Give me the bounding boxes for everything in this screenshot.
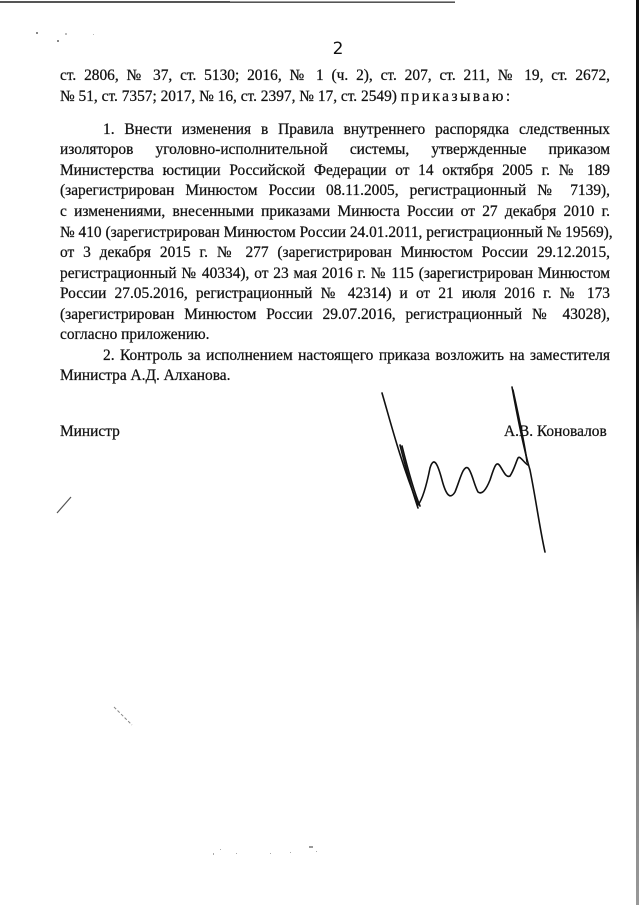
scan-speck: [220, 849, 221, 850]
citation-tail: № 51, ст. 7357; 2017, № 16, ст. 2397, № …: [60, 88, 397, 105]
paragraph-1-line-2: изоляторов уголовно-исполнительной систе…: [60, 140, 610, 160]
scan-speck: [290, 852, 291, 853]
scan-speck: [65, 33, 67, 35]
scan-right-edge: [636, 0, 639, 905]
signer-title: Министр: [60, 423, 120, 441]
header-line-1: ст. 2806, № 37, ст. 5130; 2016, № 1 (ч. …: [60, 66, 610, 86]
scan-speck: [36, 32, 38, 34]
header-line-2: № 51, ст. 7357; 2017, № 16, ст. 2397, № …: [60, 87, 610, 107]
scan-speck: [236, 853, 237, 854]
paragraph-1-line-8: регистрационный № 40334), от 23 мая 2016…: [60, 264, 610, 284]
paragraph-2-line-1: 2. Контроль за исполнением настоящего пр…: [103, 346, 610, 366]
scan-speck: [309, 846, 313, 848]
paragraph-1-line-6: № 410 (зарегистрирован Минюстом России 2…: [60, 223, 610, 243]
paragraph-1-line-10: (зарегистрирован Минюстом России 29.07.2…: [60, 305, 610, 325]
stray-mark: [112, 705, 136, 729]
paragraph-1-line-11: согласно приложению.: [60, 325, 610, 345]
scan-speck: [316, 851, 317, 852]
scan-speck: [213, 853, 214, 855]
scan-speck: [57, 40, 59, 42]
paragraph-1-line-3: Министерства юстиции Российской Федераци…: [60, 161, 610, 181]
scan-speck: [270, 853, 271, 854]
paragraph-1-line-1: 1. Внести изменения в Правила внутреннег…: [103, 120, 610, 140]
stray-mark: [55, 495, 75, 515]
scan-speck: [93, 34, 94, 35]
order-word: приказываю:: [401, 88, 513, 105]
scan-top-edge-light: [230, 1, 455, 2]
page-number: 2: [0, 39, 640, 59]
paragraph-1-line-4: (зарегистрирован Минюстом России 08.11.2…: [60, 181, 610, 201]
paragraph-1-line-7: от 3 декабря 2015 г. № 277 (зарегистриро…: [60, 243, 610, 263]
paragraph-1-line-9: России 27.05.2016, регистрационный № 423…: [60, 284, 610, 304]
paragraph-1-line-5: с изменениями, внесенными приказами Миню…: [60, 202, 610, 222]
handwritten-signature: [370, 380, 570, 560]
